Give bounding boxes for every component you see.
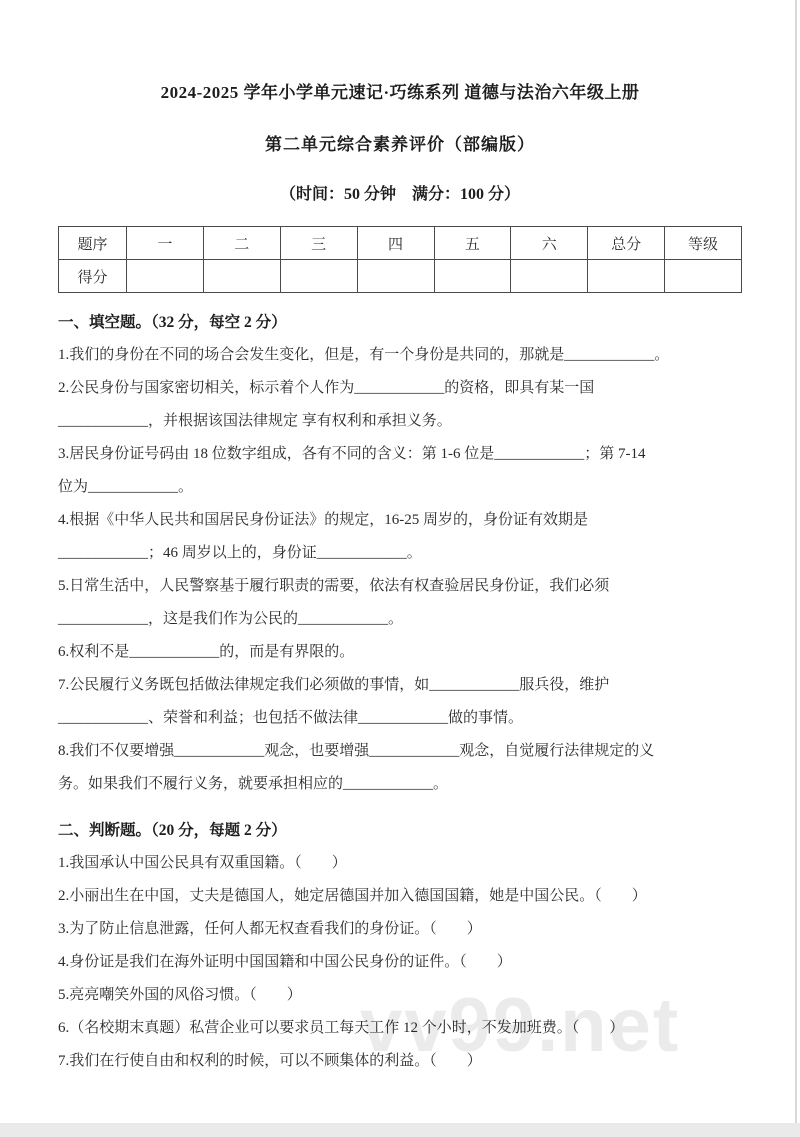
question-line: 位为____________。 <box>58 471 742 504</box>
score-cell <box>357 260 434 293</box>
score-table: 题序 一 二 三 四 五 六 总分 等级 得分 <box>58 226 742 293</box>
question-line: 2.小丽出生在中国，丈夫是德国人，她定居德国并加入德国国籍，她是中国公民。（ ） <box>58 880 742 913</box>
score-table-header-cell: 题序 <box>59 227 127 260</box>
page-subtitle: 第二单元综合素养评价（部编版） <box>58 130 742 155</box>
score-table-header-row: 题序 一 二 三 四 五 六 总分 等级 <box>59 227 742 260</box>
question-line: 8.我们不仅要增强____________观念，也要增强____________… <box>58 735 742 768</box>
section-fill-heading: 一、填空题。（32 分，每空 2 分） <box>58 306 742 339</box>
question-line: ____________，这是我们作为公民的____________。 <box>58 603 742 636</box>
time-score-info: （时间：50 分钟 满分：100 分） <box>58 181 742 204</box>
question-line: 7.我们在行使自由和权利的时候，可以不顾集体的利益。（ ） <box>58 1045 742 1078</box>
exam-paper-page: vv99.net 2024-2025 学年小学单元速记·巧练系列 道德与法治六年… <box>0 0 800 1137</box>
page-bottom-edge <box>0 1123 800 1137</box>
score-table-header-cell: 五 <box>434 227 511 260</box>
fill-question-list: 1.我们的身份在不同的场合会发生变化，但是，有一个身份是共同的，那就是_____… <box>58 339 742 801</box>
judge-question-list: 1.我国承认中国公民具有双重国籍。（ ）2.小丽出生在中国，丈夫是德国人，她定居… <box>58 847 742 1078</box>
question-line: ____________、荣誉和利益；也包括不做法律____________做的… <box>58 702 742 735</box>
question-line: 3.为了防止信息泄露，任何人都无权查看我们的身份证。（ ） <box>58 913 742 946</box>
question-line: 2.公民身份与国家密切相关，标示着个人作为____________的资格，即具有… <box>58 372 742 405</box>
score-cell <box>434 260 511 293</box>
page-right-edge <box>795 0 797 1123</box>
score-table-header-cell: 三 <box>280 227 357 260</box>
question-line: 5.亮亮嘲笑外国的风俗习惯。（ ） <box>58 979 742 1012</box>
score-cell <box>511 260 588 293</box>
score-table-header-cell: 四 <box>357 227 434 260</box>
score-row-label: 得分 <box>59 260 127 293</box>
score-table-header-cell: 等级 <box>665 227 742 260</box>
question-line: 3.居民身份证号码由 18 位数字组成，各有不同的含义：第 1-6 位是____… <box>58 438 742 471</box>
question-line: 7.公民履行义务既包括做法律规定我们必须做的事情，如____________服兵… <box>58 669 742 702</box>
question-line: 6.（名校期末真题）私营企业可以要求员工每天工作 12 个小时，不发加班费。（ … <box>58 1012 742 1045</box>
page-content: 2024-2025 学年小学单元速记·巧练系列 道德与法治六年级上册 第二单元综… <box>0 78 800 1078</box>
score-cell <box>588 260 665 293</box>
question-line: ____________，并根据该国法律规定 享有权利和承担义务。 <box>58 405 742 438</box>
question-line: 6.权利不是____________的，而是有界限的。 <box>58 636 742 669</box>
question-line: ____________；46 周岁以上的，身份证____________。 <box>58 537 742 570</box>
score-cell <box>127 260 204 293</box>
score-cell <box>203 260 280 293</box>
page-title: 2024-2025 学年小学单元速记·巧练系列 道德与法治六年级上册 <box>58 78 742 103</box>
question-line: 务。如果我们不履行义务，就要承担相应的____________。 <box>58 768 742 801</box>
score-table-header-cell: 六 <box>511 227 588 260</box>
question-line: 1.我国承认中国公民具有双重国籍。（ ） <box>58 847 742 880</box>
score-cell <box>665 260 742 293</box>
score-cell <box>280 260 357 293</box>
score-table-score-row: 得分 <box>59 260 742 293</box>
section-judge-heading: 二、判断题。（20 分，每题 2 分） <box>58 814 742 847</box>
score-table-header-cell: 总分 <box>588 227 665 260</box>
question-line: 5.日常生活中，人民警察基于履行职责的需要，依法有权查验居民身份证，我们必须 <box>58 570 742 603</box>
score-table-header-cell: 一 <box>127 227 204 260</box>
question-line: 1.我们的身份在不同的场合会发生变化，但是，有一个身份是共同的，那就是_____… <box>58 339 742 372</box>
score-table-header-cell: 二 <box>203 227 280 260</box>
question-line: 4.身份证是我们在海外证明中国国籍和中国公民身份的证件。（ ） <box>58 946 742 979</box>
question-line: 4.根据《中华人民共和国居民身份证法》的规定，16-25 周岁的，身份证有效期是 <box>58 504 742 537</box>
